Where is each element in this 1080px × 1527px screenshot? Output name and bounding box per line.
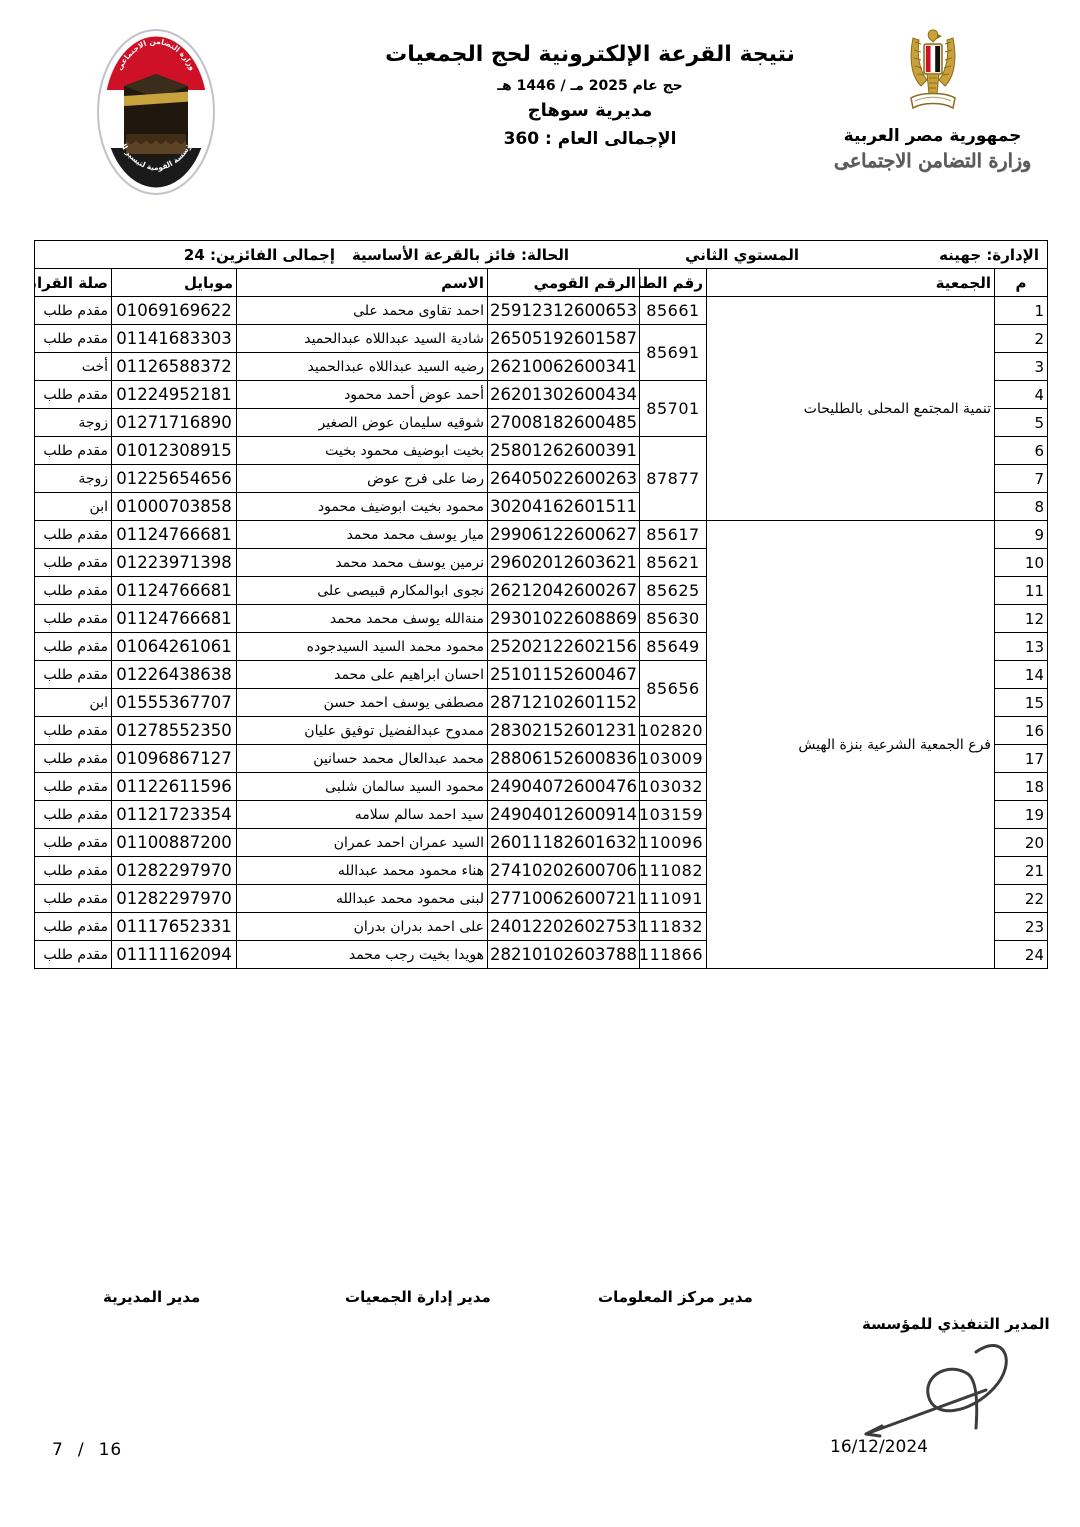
applicant-name: احمد تقاوى محمد على [237,297,488,325]
request-number: 102820 [640,717,707,745]
request-number: 111091 [640,885,707,913]
mobile-number: 01141683303 [112,325,237,353]
mobile-number: 01124766681 [112,577,237,605]
national-id: 26505192601587 [488,325,640,353]
request-number: 85656 [640,661,707,717]
applicant-name: احسان ابراهيم على محمد [237,661,488,689]
applicant-name: هويدا بخيت رجب محمد [237,941,488,969]
row-index: 10 [995,549,1048,577]
col-header-national-id: الرقم القومي [488,269,640,297]
mobile-number: 01224952181 [112,381,237,409]
administration-value: الإدارة: جهينه [939,246,1039,264]
applicant-name: نرمين يوسف محمد محمد [237,549,488,577]
national-id: 28302152601231 [488,717,640,745]
national-id: 29602012603621 [488,549,640,577]
national-id: 26210062600341 [488,353,640,381]
row-index: 15 [995,689,1048,717]
relation: ابن [35,493,112,521]
request-number: 111866 [640,941,707,969]
national-id: 26201302600434 [488,381,640,409]
row-index: 21 [995,857,1048,885]
row-index: 11 [995,577,1048,605]
national-id: 25202122602156 [488,633,640,661]
table-header-row: م الجمعية رقم الطلب الرقم القومي الاسم م… [35,269,1048,297]
national-id: 25101152600467 [488,661,640,689]
mobile-number: 01124766681 [112,521,237,549]
request-number: 85625 [640,577,707,605]
relation: مقدم طلب [35,577,112,605]
relation: مقدم طلب [35,381,112,409]
col-header-name: الاسم [237,269,488,297]
mobile-number: 01000703858 [112,493,237,521]
request-number: 85701 [640,381,707,437]
request-number: 111082 [640,857,707,885]
national-id: 24904072600476 [488,773,640,801]
applicant-name: محمد عبدالعال محمد حسانين [237,745,488,773]
national-id: 25801262600391 [488,437,640,465]
relation: مقدم طلب [35,773,112,801]
applicant-name: محمود السيد سالمان شلبى [237,773,488,801]
association-name: تنمية المجتمع المحلى بالطليحات [707,297,995,521]
kaaba-logo-icon: وزارة التضامن الاجتماعى المؤسسة القومية … [96,28,216,196]
row-index: 8 [995,493,1048,521]
row-index: 13 [995,633,1048,661]
row-index: 16 [995,717,1048,745]
applicant-name: لبنى محمود محمد عبدالله [237,885,488,913]
mobile-number: 01069169622 [112,297,237,325]
national-id: 26405022600263 [488,465,640,493]
egypt-eagle-icon [901,28,965,120]
applicant-name: شوقيه سليمان عوض الصغير [237,409,488,437]
national-id: 26011182601632 [488,829,640,857]
relation: مقدم طلب [35,885,112,913]
relation: زوجة [35,465,112,493]
request-number: 85661 [640,297,707,325]
mobile-number: 01012308915 [112,437,237,465]
row-index: 18 [995,773,1048,801]
mobile-number: 01225654656 [112,465,237,493]
association-name: فرع الجمعية الشرعية بنزة الهيش [707,521,995,969]
row-index: 22 [995,885,1048,913]
mobile-number: 01282297970 [112,885,237,913]
hajj-year-line: حج عام 2025 مـ / 1446 هـ [330,78,850,94]
applicant-name: أحمد عوض أحمد محمود [237,381,488,409]
applicant-name: ميار يوسف محمد محمد [237,521,488,549]
mobile-number: 01121723354 [112,801,237,829]
row-index: 12 [995,605,1048,633]
applicant-name: محمود بخيت ابوضيف محمود [237,493,488,521]
applicant-name: ممدوح عبدالفضيل توفيق عليان [237,717,488,745]
relation: مقدم طلب [35,745,112,773]
relation: مقدم طلب [35,437,112,465]
signature-scribble [858,1330,1018,1445]
relation: ابن [35,689,112,717]
mobile-number: 01271716890 [112,409,237,437]
relation: مقدم طلب [35,661,112,689]
page-indicator: 7/16 [52,1440,122,1460]
national-id: 28806152600836 [488,745,640,773]
row-index: 1 [995,297,1048,325]
row-index: 17 [995,745,1048,773]
ministry-name: وزارة التضامن الاجتماعى [825,150,1040,172]
mobile-number: 01223971398 [112,549,237,577]
relation: مقدم طلب [35,633,112,661]
request-number: 87877 [640,437,707,521]
mobile-number: 01282297970 [112,857,237,885]
national-id: 28712102601152 [488,689,640,717]
mobile-number: 01100887200 [112,829,237,857]
row-index: 9 [995,521,1048,549]
row-index: 19 [995,801,1048,829]
request-number: 103032 [640,773,707,801]
document-page: وزارة التضامن الاجتماعى المؤسسة القومية … [0,0,1080,1527]
national-id: 29906122600627 [488,521,640,549]
national-id: 26212042600267 [488,577,640,605]
request-number: 103009 [640,745,707,773]
relation: مقدم طلب [35,941,112,969]
relation: مقدم طلب [35,297,112,325]
national-id: 28210102603788 [488,941,640,969]
applicant-name: رضا على فرج عوض [237,465,488,493]
mobile-number: 01122611596 [112,773,237,801]
relation: مقدم طلب [35,549,112,577]
relation: مقدم طلب [35,325,112,353]
col-header-request-no: رقم الطلب [640,269,707,297]
request-number: 103159 [640,801,707,829]
applicant-name: السيد عمران احمد عمران [237,829,488,857]
country-name: جمهورية مصر العربية [825,126,1040,146]
row-index: 24 [995,941,1048,969]
applicant-name: هناء محمود محمد عبدالله [237,857,488,885]
applicant-name: منةالله يوسف محمد محمد [237,605,488,633]
relation: مقدم طلب [35,913,112,941]
applicant-name: نجوى ابوالمكارم قبيصى على [237,577,488,605]
national-id: 27410202600706 [488,857,640,885]
request-number: 85617 [640,521,707,549]
mobile-number: 01555367707 [112,689,237,717]
row-index: 23 [995,913,1048,941]
mobile-number: 01111162094 [112,941,237,969]
directorate-line: مديرية سوهاج [330,100,850,121]
applicant-name: رضيه السيد عبداللاه عبدالحميد [237,353,488,381]
row-index: 14 [995,661,1048,689]
row-index: 2 [995,325,1048,353]
report-date: 16/12/2024 [830,1437,928,1457]
mobile-number: 01124766681 [112,605,237,633]
applicant-name: بخيت ابوضيف محمود بخيت [237,437,488,465]
table-info-row: الإدارة: جهينه المستوي الثاني الحالة: فا… [35,241,1048,269]
applicant-name: سيد احمد سالم سلامه [237,801,488,829]
mobile-number: 01096867127 [112,745,237,773]
request-number: 85621 [640,549,707,577]
page-total: 16 [99,1440,123,1460]
table-row: 9فرع الجمعية الشرعية بنزة الهيش856172990… [35,521,1048,549]
relation: مقدم طلب [35,801,112,829]
row-index: 6 [995,437,1048,465]
page-title: نتيجة القرعة الإلكترونية لحج الجمعيات [330,40,850,70]
signatory-associations-manager: مدير إدارة الجمعيات [345,1288,491,1306]
mobile-number: 01064261061 [112,633,237,661]
national-id: 27008182600485 [488,409,640,437]
applicant-name: شادية السيد عبداللاه عبدالحميد [237,325,488,353]
national-id: 27710062600721 [488,885,640,913]
col-header-relation: صلة القرابه [35,269,112,297]
row-index: 3 [995,353,1048,381]
page-current: 7 [52,1440,64,1460]
col-header-association: الجمعية [707,269,995,297]
national-id: 24904012600914 [488,801,640,829]
applicant-name: على احمد بدران بدران [237,913,488,941]
lottery-results-table: الإدارة: جهينه المستوي الثاني الحالة: فا… [34,240,1048,969]
table-row: 1تنمية المجتمع المحلى بالطليحات856612591… [35,297,1048,325]
relation: مقدم طلب [35,829,112,857]
mobile-number: 01126588372 [112,353,237,381]
applicant-name: محمود محمد السيد السيدجوده [237,633,488,661]
relation: مقدم طلب [35,521,112,549]
relation: مقدم طلب [35,605,112,633]
row-index: 5 [995,409,1048,437]
national-id: 29301022608869 [488,605,640,633]
mobile-number: 01226438638 [112,661,237,689]
col-header-mobile: موبايل [112,269,237,297]
national-id: 30204162601511 [488,493,640,521]
row-index: 4 [995,381,1048,409]
page-separator: / [78,1440,85,1460]
hajj-foundation-logo: وزارة التضامن الاجتماعى المؤسسة القومية … [96,28,216,196]
level-value: المستوي الثاني [685,246,799,264]
header-title-block: نتيجة القرعة الإلكترونية لحج الجمعيات حج… [330,40,850,149]
request-number: 111832 [640,913,707,941]
relation: أخت [35,353,112,381]
col-header-index: م [995,269,1048,297]
relation: مقدم طلب [35,717,112,745]
mobile-number: 01117652331 [112,913,237,941]
row-index: 7 [995,465,1048,493]
signatory-information-center-manager: مدير مركز المعلومات [598,1288,753,1306]
request-number: 85649 [640,633,707,661]
national-id: 24012202602753 [488,913,640,941]
egypt-emblem-block: جمهورية مصر العربية وزارة التضامن الاجتم… [825,28,1040,172]
grand-total-line: الإجمالى العام : 360 [330,129,850,149]
mobile-number: 01278552350 [112,717,237,745]
request-number: 85630 [640,605,707,633]
kaaba-icon [124,74,188,162]
signatory-directorate-manager: مدير المديرية [103,1288,200,1306]
row-index: 20 [995,829,1048,857]
request-number: 110096 [640,829,707,857]
request-number: 85691 [640,325,707,381]
relation: مقدم طلب [35,857,112,885]
applicant-name: مصطفى يوسف احمد حسن [237,689,488,717]
national-id: 25912312600653 [488,297,640,325]
relation: زوجة [35,409,112,437]
total-winners-value: إجمالى الفائزين: 24 [184,246,335,264]
status-value: الحالة: فائز بالقرعة الأساسية [352,246,569,264]
